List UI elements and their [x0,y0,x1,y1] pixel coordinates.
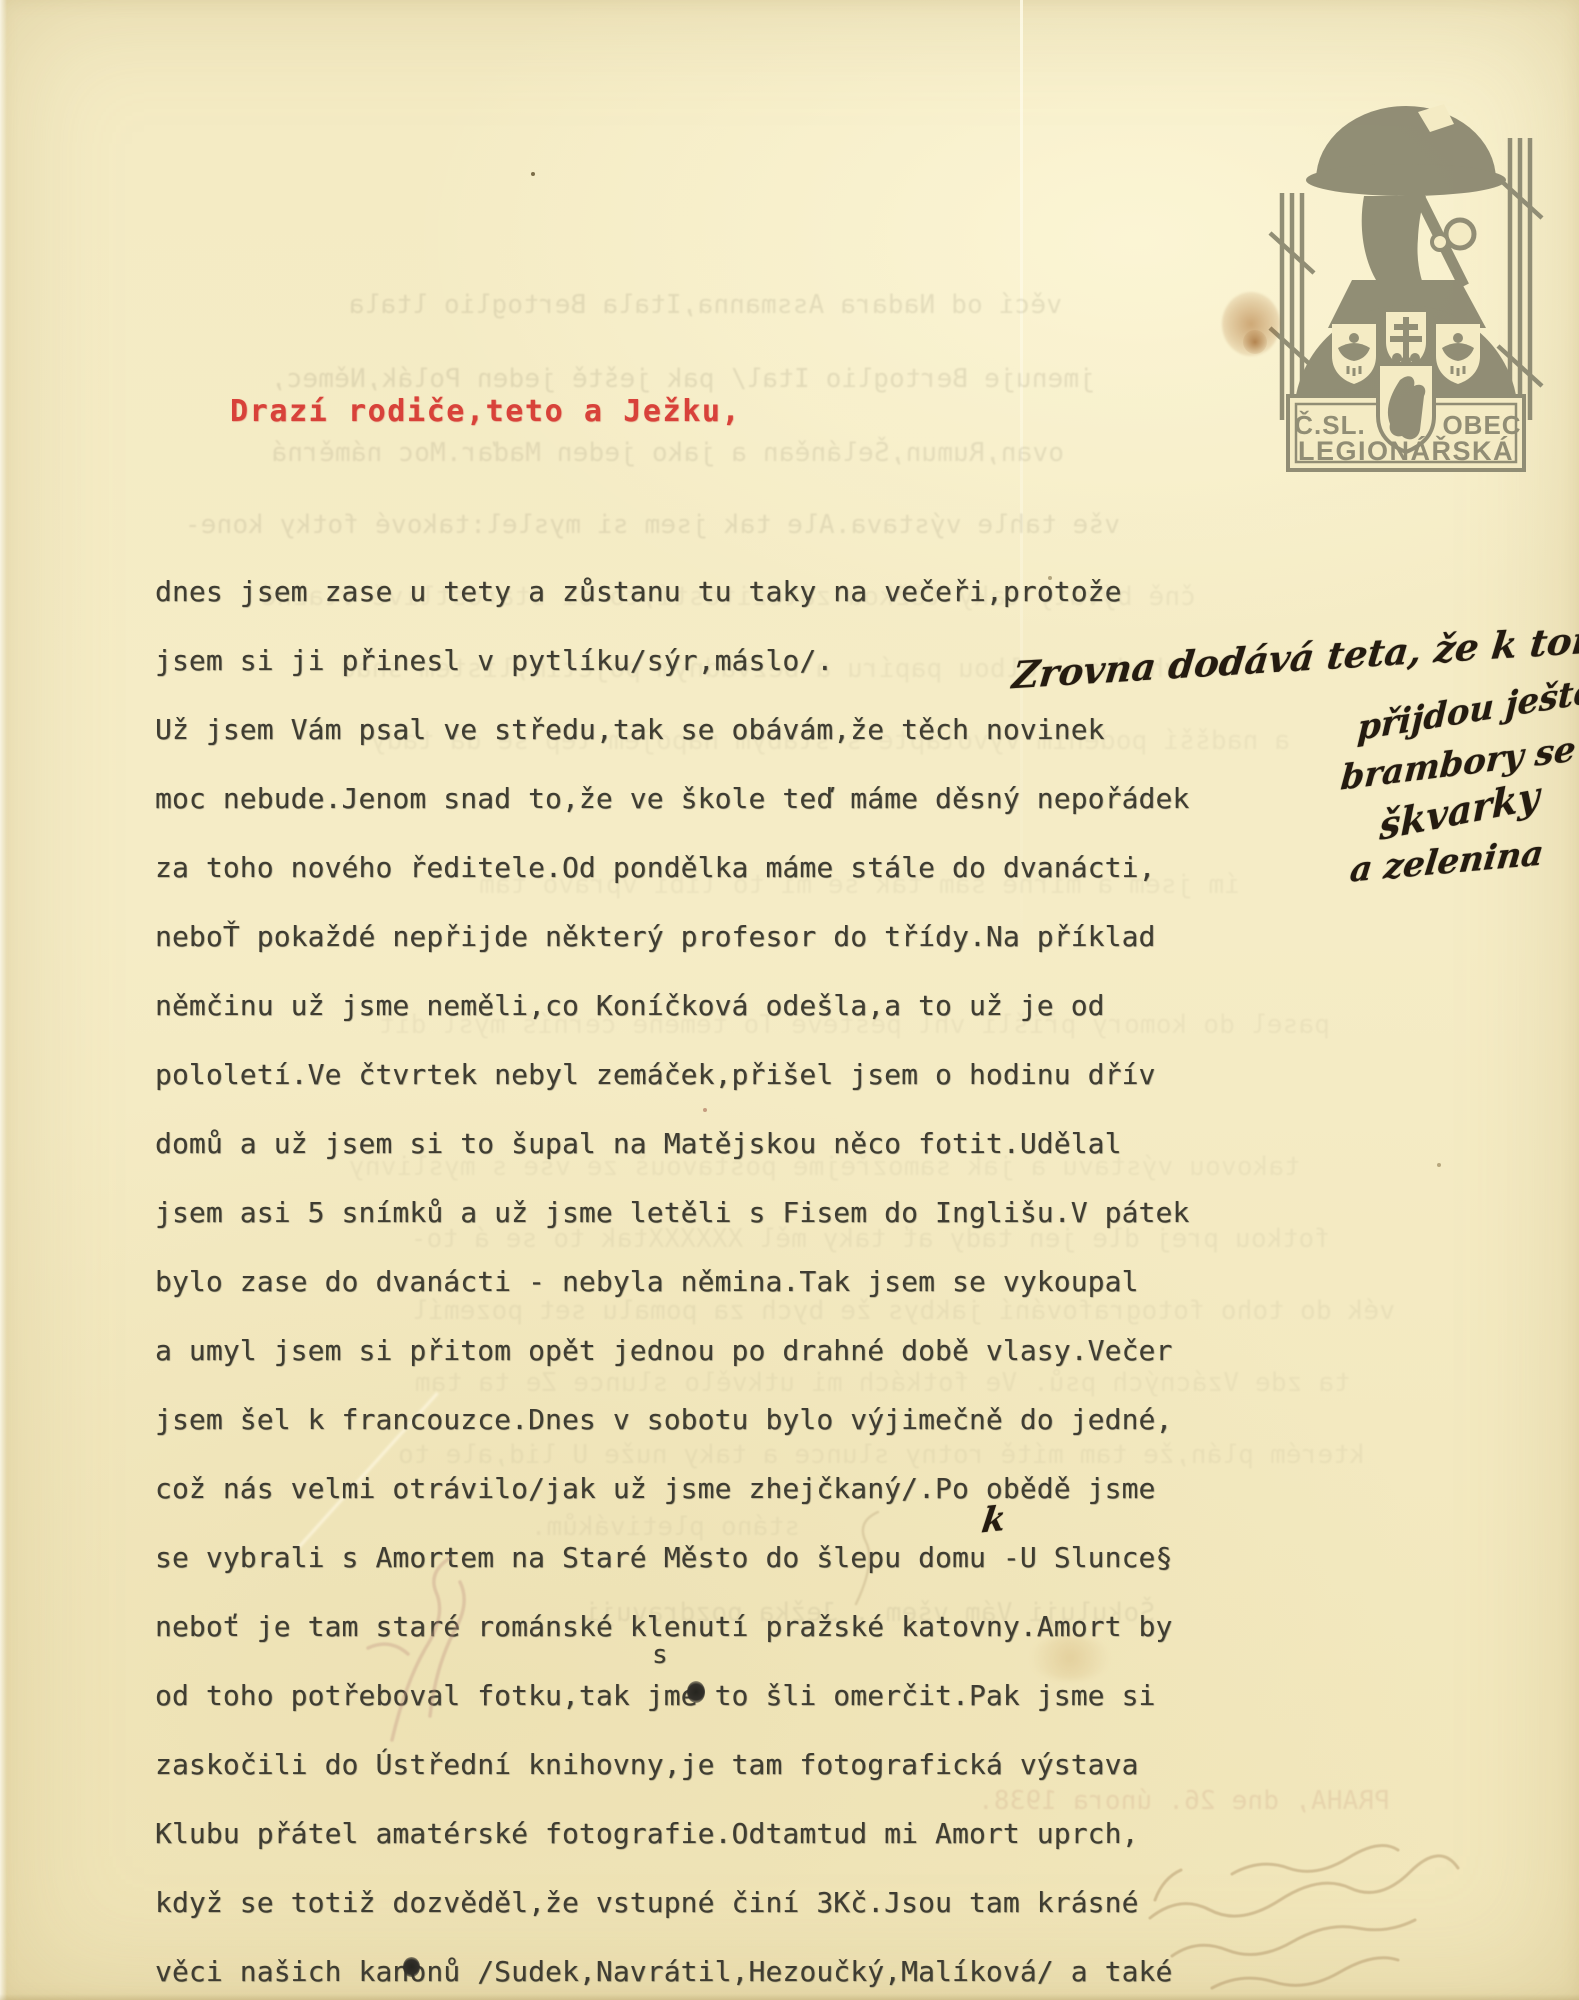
typed-line-11: bylo zase do dvanácti - nebyla němina.Ta… [155,1265,1139,1299]
ink-blot-overstrike [403,1957,420,1977]
typed-line-1: dnes jsem zase u tety a zůstanu tu taky … [155,575,1122,609]
typed-line-9: domů a už jsem si to šupal na Matějskou … [155,1127,1122,1161]
ghost-line-13: ta zde Vzácných psů. Ve fotkách mi utkvě… [415,1368,1350,1398]
ghost-line-4: vše tahle výstava.Ale tak jsem si myslel… [185,510,1120,540]
typed-line-20: když se totiž dozvěděl,že vstupné činí 3… [155,1886,1139,1920]
ghost-line-3: ovan,Rumun,Šeláněan a jako jeden Maďar.M… [271,438,1064,468]
ghost-line-14: kterém plán,že tam mítě rotny slunce a t… [398,1440,1365,1470]
soldier-head [1306,104,1506,328]
typed-line-2: jsem si ji přinesl v pytlíku/sýr,máslo/. [155,644,833,678]
ear [1446,220,1474,248]
ghost-line-1: věcí od Nadara Assmanna,Itala Bertoglio … [349,290,1062,320]
typed-line-17: od toho potřeboval fotku,tak jme to šli … [155,1679,1156,1713]
typed-line-5: za toho nového ředitele.Od pondělka máme… [155,851,1156,885]
typed-line-10: jsem asi 5 snímků a už jsme letěli s Fis… [155,1196,1189,1230]
ghost-line-15: stáno pletivákům. [530,1512,800,1542]
logo-text-legionarska: LEGIONÁŘSKÁ [1298,435,1514,466]
margin-note-line1: Zrovna dodává teta, že k tomu [1010,615,1579,698]
paper-stain [1243,330,1267,354]
typed-line-12: a umyl jsem si přitom opět jednou po dra… [155,1334,1172,1368]
dust-speck [1437,1163,1441,1167]
typed-line-8: pololetí.Ve čtvrtek nebyl zemáček,přišel… [155,1058,1156,1092]
ghost-line-12: vék do toho fotografování jakbys že bych… [412,1296,1395,1326]
ghost-line-2: jmenuje Bertoglio Ital/ pak ještě jeden … [271,364,1095,394]
typed-line-19: Klubu přátel amatérské fotografie.Odtamt… [155,1817,1139,1851]
typed-line-4: moc nebude.Jenom snad to,že ve škole teď… [155,782,1189,816]
typed-line-3: Už jsem Vám psal ve středu,tak se obávám… [155,713,1105,747]
vertical-fold-crease [1020,0,1023,980]
legionnaire-emblem: Č.SL. OBEC LEGIONÁŘSKÁ [1268,28,1544,474]
typed-s-insert: s [652,1640,668,1670]
typed-line-21: věci našich kanonů /Sudek,Navrátil,Hezou… [155,1955,1172,1989]
scan-edge-bottom [0,1994,1579,2000]
ghost-line-17: PRAHA, dne 26. února 1938. [978,1786,1390,1816]
typed-line-7: němčinu už jsme neměli,co Koníčková odeš… [155,989,1105,1023]
scan-edge-left [0,0,7,2000]
typed-line-16: neboť je tam staré románské klenutí praž… [155,1610,1172,1644]
margin-note-line5: a zelenina [1348,833,1546,890]
typed-line-13: jsem šel k francouzce.Dnes v sobotu bylo… [155,1403,1172,1437]
letter-page: věcí od Nadara Assmanna,Itala Bertoglio … [0,0,1579,2000]
handwritten-k-insert: k [979,1498,1008,1541]
strap-buckle [1432,234,1448,250]
salutation: Drazí rodiče,teto a Ježku, [230,394,741,429]
dust-speck [703,1108,707,1112]
typed-line-15: se vybrali s Amortem na Staré Město do š… [155,1541,1172,1575]
ink-blot-overstrike [687,1681,705,1703]
typed-line-18: zaskočili do Ústřední knihovny,je tam fo… [155,1748,1139,1782]
dust-speck [1048,576,1052,580]
dust-speck [531,172,535,176]
typed-line-6: neboŤ pokaždé nepřijde některý profesor … [155,920,1156,954]
